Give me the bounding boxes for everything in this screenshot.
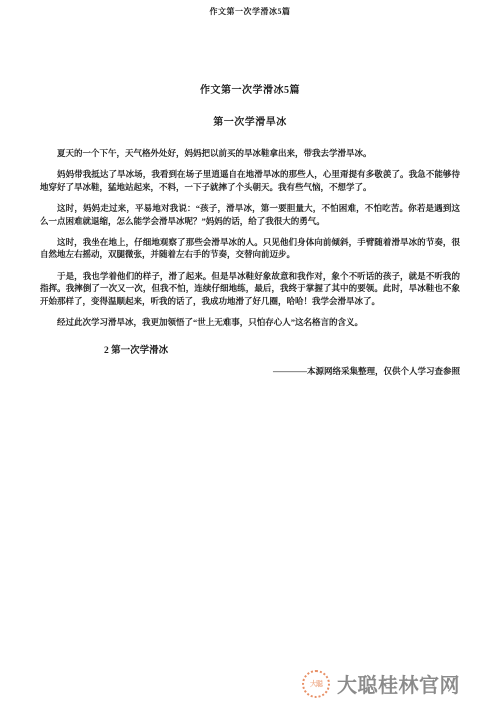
- paragraph: 夏天的一个下午，天气格外处好，妈妈把以前买的旱冰鞋拿出来，带我去学滑旱冰。: [40, 147, 460, 159]
- document-title: 作文第一次学滑冰5篇: [40, 81, 460, 96]
- document-subtitle: 第一次学滑旱冰: [40, 113, 460, 128]
- paragraph: 于是，我也学着他们的样子，滑了起来。但是旱冰鞋好象故意和我作对，象个不听话的孩子…: [40, 270, 460, 307]
- seal-icon: 大聪: [302, 670, 330, 698]
- paragraph-list: 夏天的一个下午，天气格外处好，妈妈把以前买的旱冰鞋拿出来，带我去学滑旱冰。 妈妈…: [40, 147, 460, 328]
- watermark-text: 大聪桂林官网: [337, 669, 460, 698]
- paragraph: 经过此次学习滑旱冰，我更加领悟了“世上无难事，只怕存心人”这名格言的含义。: [40, 316, 460, 328]
- paragraph: 妈妈带我抵达了旱冰场，我看到在场子里逍遥自在地滑旱冰的那些人，心里甭提有多敬羡了…: [40, 168, 460, 193]
- section-heading: 2 第一次学滑冰: [104, 342, 460, 356]
- watermark: 大聪 大聪桂林官网: [302, 669, 460, 698]
- source-note: ————本源网络采集整理，仅供个人学习查参照: [40, 365, 460, 377]
- document-page: 作文第一次学滑冰5篇 作文第一次学滑冰5篇 第一次学滑旱冰 夏天的一个下午，天气…: [0, 0, 500, 708]
- document-body: 作文第一次学滑冰5篇 第一次学滑旱冰 夏天的一个下午，天气格外处好，妈妈把以前买…: [0, 81, 500, 377]
- print-header-title: 作文第一次学滑冰5篇: [0, 0, 500, 17]
- paragraph: 这时，我坐在地上，仔细地观察了那些会滑旱冰的人。只见他们身体向前倾斜，手臂随着滑…: [40, 236, 460, 261]
- paragraph: 这时，妈妈走过来，平易地对我说：“孩子，滑旱冰，第一要胆量大，不怕困难，不怕吃苦…: [40, 202, 460, 227]
